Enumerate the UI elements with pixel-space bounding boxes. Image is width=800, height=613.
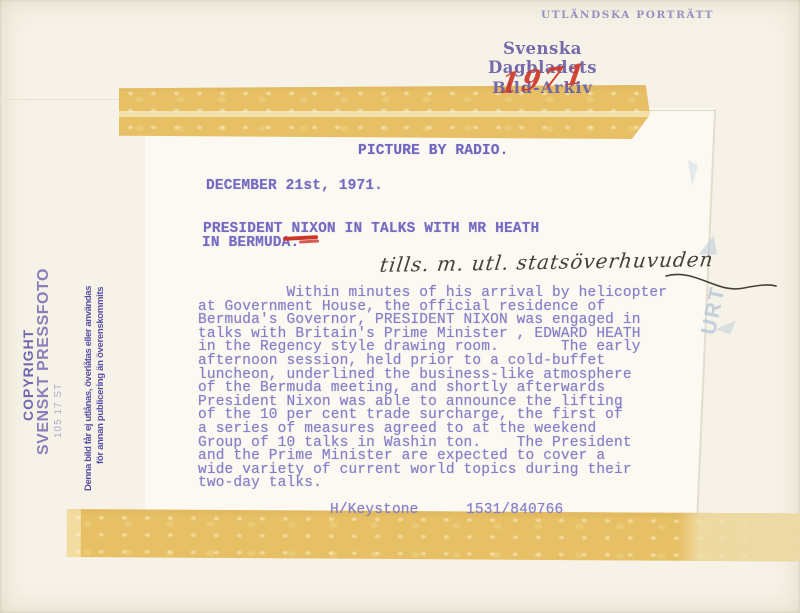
copyright-stamp-line2: SVENSKT PRESSFOTO [35,268,53,455]
handwriting-flourish [664,266,779,296]
typed-caption: PICTURE BY RADIO. DECEMBER 21st, 1971. P… [198,141,668,541]
copyright-notice-line2: för annan publicering än överenskommits [95,287,106,464]
copyright-stamp-line1: COPYRIGHT [20,329,36,421]
caption-date: DECEMBER 21st, 1971. [206,178,383,194]
photo-back-scan: UTLÄNDSKA PORTRÄTT Svenska Dagbladets Bi… [0,0,800,613]
scan-crease-line [0,99,128,100]
credit-agency: H/Keystone [330,502,419,518]
copyright-stamp-address: 105 17 ST [53,383,64,438]
caption-sheet-edge-top [648,110,716,111]
copyright-notice-line1: Denna bild får ej utlånas, överlåtas ell… [83,286,94,491]
caption-body-line: two-day talks. [198,477,667,491]
caption-body: Within minutes of his arrival by helicop… [198,287,667,491]
scan-edge-left [6,0,7,613]
credit-number: 1531/840766 [466,502,563,518]
caption-header: PICTURE BY RADIO. [358,143,508,159]
category-stamp: UTLÄNDSKA PORTRÄTT [541,9,714,21]
